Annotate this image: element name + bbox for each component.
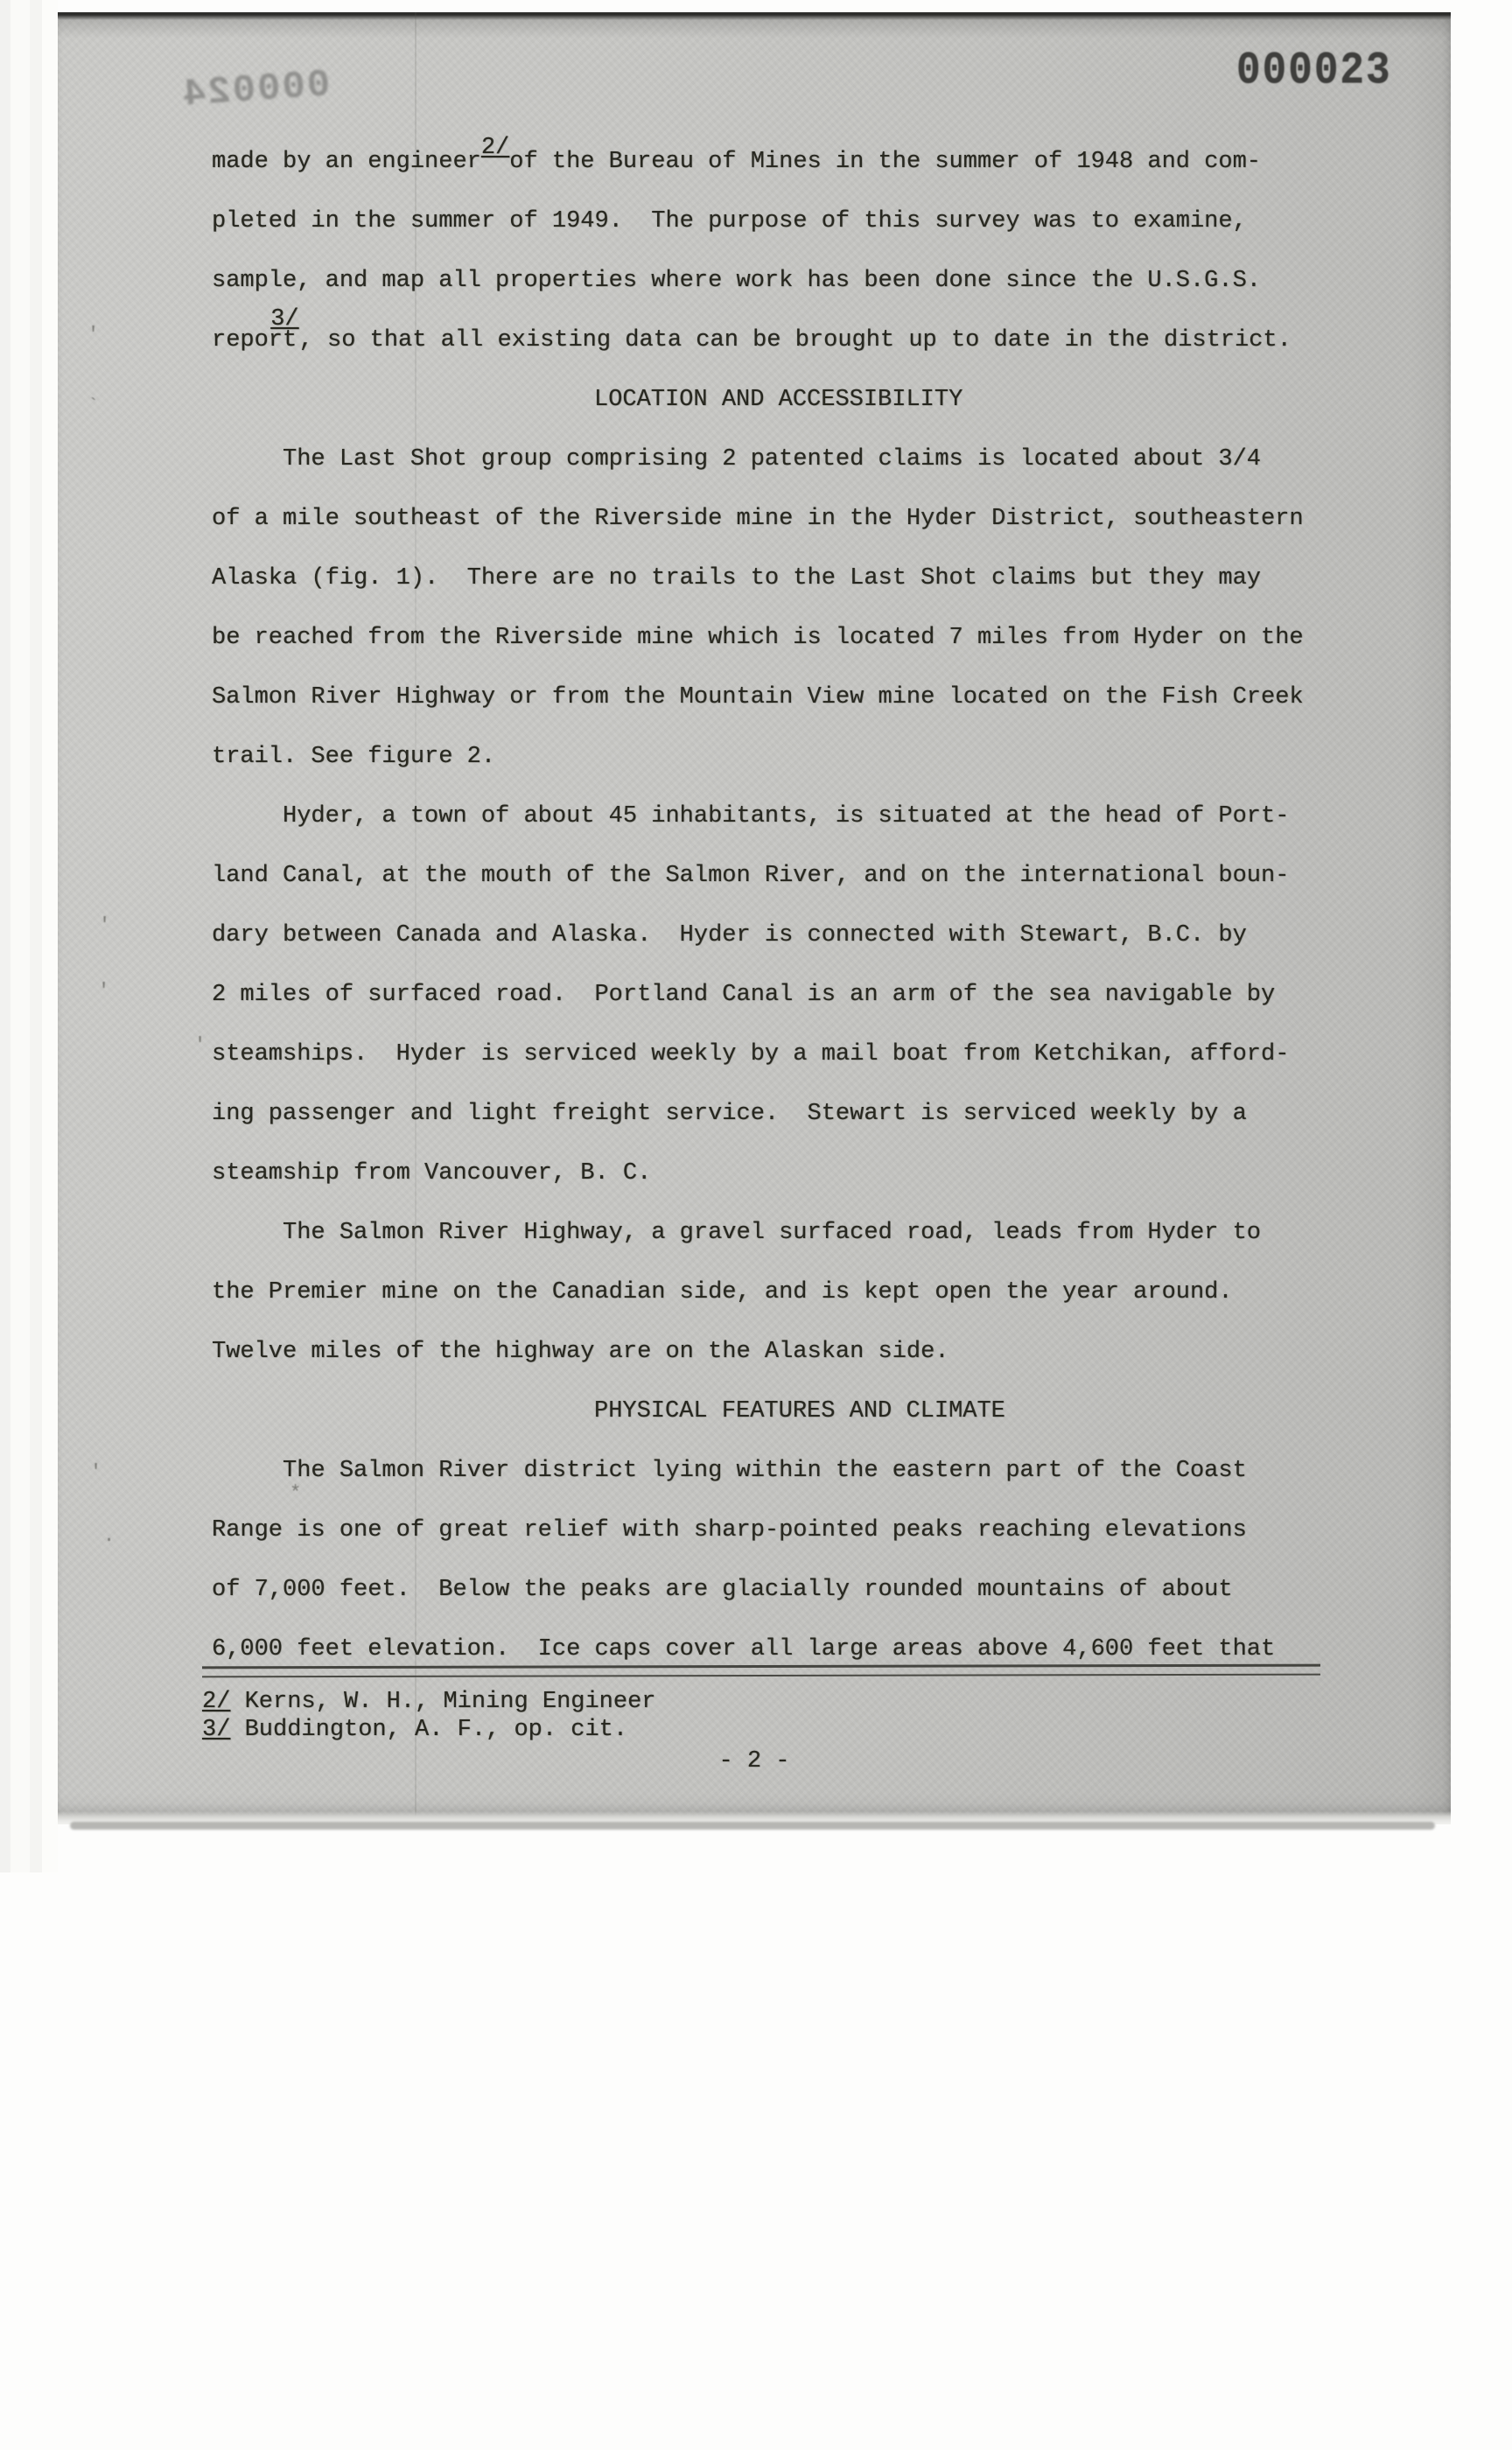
typed-line: report3/, so that all existing data can … xyxy=(212,325,1291,355)
text-segment: Salmon River Highway or from the Mountai… xyxy=(212,684,1304,710)
text-segment: The Salmon River Highway, a gravel surfa… xyxy=(212,1220,1261,1246)
stray-mark: ' xyxy=(194,1034,206,1056)
footnote-marker: 3/ xyxy=(202,1717,230,1743)
typed-line: steamship from Vancouver, B. C. xyxy=(212,1158,651,1188)
text-segment: of a mile southeast of the Riverside min… xyxy=(212,506,1304,532)
text-segment: LOCATION AND ACCESSIBILITY xyxy=(594,387,962,413)
typed-line: dary between Canada and Alaska. Hyder is… xyxy=(212,920,1247,950)
typed-line: Salmon River Highway or from the Mountai… xyxy=(212,682,1304,712)
text-segment: dary between Canada and Alaska. Hyder is… xyxy=(212,922,1247,948)
text-segment: steamships. Hyder is serviced weekly by … xyxy=(212,1041,1289,1067)
scanned-page: 000024 000023 - 2 - made by an engineer2… xyxy=(58,12,1451,1824)
footnote-text: Buddington, A. F., op. cit. xyxy=(230,1717,627,1743)
stray-mark: ' xyxy=(98,980,109,1002)
section-heading: PHYSICAL FEATURES AND CLIMATE xyxy=(594,1396,1005,1426)
typed-line: Alaska (fig. 1). There are no trails to … xyxy=(212,563,1261,593)
typed-line: Range is one of great relief with sharp-… xyxy=(212,1515,1247,1545)
scan-background: { "page": { "stamp_number": "000023", "g… xyxy=(0,0,1512,2450)
typed-line: pleted in the summer of 1949. The purpos… xyxy=(212,206,1247,236)
typed-line: trail. See figure 2. xyxy=(212,742,495,772)
paper-top-edge xyxy=(58,12,1451,20)
footnote-marker: 2/ xyxy=(202,1689,230,1715)
text-segment: made by an engineer xyxy=(212,149,481,175)
typed-line: 2 miles of surfaced road. Portland Canal… xyxy=(212,980,1275,1010)
typed-line: Twelve miles of the highway are on the A… xyxy=(212,1337,949,1367)
text-segment: Range is one of great relief with sharp-… xyxy=(212,1517,1247,1543)
text-segment: Alaska (fig. 1). There are no trails to … xyxy=(212,565,1261,591)
stray-mark: * xyxy=(290,1482,301,1504)
typed-line: Hyder, a town of about 45 inhabitants, i… xyxy=(212,801,1289,831)
typed-line: steamships. Hyder is serviced weekly by … xyxy=(212,1039,1289,1069)
typed-line: The Salmon River Highway, a gravel surfa… xyxy=(212,1218,1261,1248)
typed-line: land Canal, at the mouth of the Salmon R… xyxy=(212,861,1289,891)
typed-line: of a mile southeast of the Riverside min… xyxy=(212,504,1304,534)
stray-mark: ' xyxy=(99,914,110,936)
paper-shadow xyxy=(70,1822,1435,1830)
text-segment: 6,000 feet elevation. Ice caps cover all… xyxy=(212,1636,1275,1662)
page-number: - 2 - xyxy=(58,1748,1451,1774)
text-segment: 2 miles of surfaced road. Portland Canal… xyxy=(212,982,1275,1008)
text-segment: Hyder, a town of about 45 inhabitants, i… xyxy=(212,803,1289,829)
typed-line: of 7,000 feet. Below the peaks are glaci… xyxy=(212,1575,1233,1605)
text-segment: The Last Shot group comprising 2 patente… xyxy=(212,446,1261,472)
footnote-text: Kerns, W. H., Mining Engineer xyxy=(230,1689,655,1715)
text-segment: of 7,000 feet. Below the peaks are glaci… xyxy=(212,1577,1233,1603)
text-segment: PHYSICAL FEATURES AND CLIMATE xyxy=(594,1398,1005,1424)
text-segment: Twelve miles of the highway are on the A… xyxy=(212,1339,949,1365)
scanner-margin xyxy=(0,0,58,1872)
text-segment: land Canal, at the mouth of the Salmon R… xyxy=(212,863,1289,889)
typed-line: The Salmon River district lying within t… xyxy=(212,1456,1247,1486)
text-segment: be reached from the Riverside mine which… xyxy=(212,625,1304,651)
text-segment: sample, and map all properties where wor… xyxy=(212,268,1261,294)
typed-line: sample, and map all properties where wor… xyxy=(212,266,1261,296)
typed-line: ing passenger and light freight service.… xyxy=(212,1099,1247,1129)
text-segment: , so that all existing data can be broug… xyxy=(299,327,1291,353)
text-segment: of the Bureau of Mines in the summer of … xyxy=(509,149,1261,175)
ghost-stamp: 000024 xyxy=(179,63,332,117)
text-segment: steamship from Vancouver, B. C. xyxy=(212,1160,651,1186)
typed-line: be reached from the Riverside mine which… xyxy=(212,623,1304,653)
footnote: 3/ Buddington, A. F., op. cit. xyxy=(202,1717,627,1743)
footnote-reference: 2/ xyxy=(481,135,509,161)
stray-mark: ` xyxy=(87,395,99,417)
footnote-reference: 3/ xyxy=(270,304,298,334)
text-segment: ing passenger and light freight service.… xyxy=(212,1101,1247,1127)
stray-mark: ' xyxy=(90,1461,101,1483)
text-segment: trail. See figure 2. xyxy=(212,744,495,770)
footnote-rule xyxy=(202,1664,1320,1678)
footnote: 2/ Kerns, W. H., Mining Engineer xyxy=(202,1689,656,1715)
text-segment: the Premier mine on the Canadian side, a… xyxy=(212,1279,1233,1305)
stray-mark: . xyxy=(103,1525,115,1547)
stray-mark: ' xyxy=(87,324,99,346)
typed-line: made by an engineer2/of the Bureau of Mi… xyxy=(212,147,1261,177)
section-heading: LOCATION AND ACCESSIBILITY xyxy=(594,385,962,415)
typed-line: The Last Shot group comprising 2 patente… xyxy=(212,444,1261,474)
typed-line: 6,000 feet elevation. Ice caps cover all… xyxy=(212,1634,1275,1664)
text-segment: The Salmon River district lying within t… xyxy=(212,1458,1247,1484)
typed-line: the Premier mine on the Canadian side, a… xyxy=(212,1277,1233,1307)
page-stamp: 000023 xyxy=(1236,45,1392,96)
text-segment: pleted in the summer of 1949. The purpos… xyxy=(212,208,1247,234)
